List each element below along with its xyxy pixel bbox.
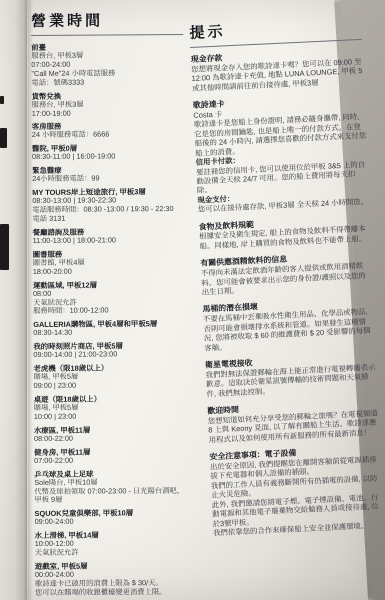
section: 衛星電視接收我們對無法保證郵輪在海上能正常進行電視轉播表示歉意。這取決於衛星訊號… [205,353,379,399]
notices-sections: 現金存款您想將現金存入您的歌詩達卡嗎？您可以在 09:00 至 12:00 為歌… [191,47,385,538]
section: MY TOURS岸上短途旅行, 甲板3層08:30-13:00 | 19:30-… [32,187,184,224]
section: 餐廳諮詢及服務11:00-13:00 | 18:00-21:00 [33,227,185,246]
section: 貨幣兌換服務台, 甲板3層17:00-19:00 [32,91,184,119]
section: 運動區域, 甲板12層08:00天氣狀況允許服務時間：10:00-12:00 [33,280,185,317]
section: 前臺服務台, 甲板3層07:00-24:00"Call Me"24 小時電話服務… [31,42,183,88]
section-line: 天氣狀況允許 [35,548,187,558]
section: 歌詩達卡Costa 卡歌詩達卡是您船上身份證明, 請務必隨身攜帶, 同時, 它是… [193,93,370,215]
section-line: 24 小時服務電話：6666 [32,130,184,140]
section: 圖書服務圖書館, 甲板4層18:00-20:00 [33,249,185,277]
section-line: 08:00-22:00 [34,434,186,444]
section: 客房服務24 小時服務電話：6666 [32,121,184,140]
section: 有關供應酒精飲料的信息不得向未滿法定飲酒年齡的客人提供或飲用酒精飲料。您可能會被… [200,251,374,297]
section: 老虎機（限18歲以上）賭場, 甲板5層09:00 | 23:00 [33,363,185,391]
photo-left-page-edge [0,0,27,600]
section: GALLERIA購物區, 甲板4層和甲板5層08:30-14:30 [33,319,185,338]
section: 健身房, 甲板11層07:00-22:00 [34,447,186,466]
section: 水療區, 甲板11層08:00-22:00 [34,425,186,444]
section-line: 不要在馬桶中丟棄吸水性衛生用品、化學品或物品, 否則可能會損壞排水系統和管道。如… [203,307,377,353]
section: 遊戲室, 甲板5層00:00-24:00歌詩達卡已啟用的消費上限為 $ 30/天… [35,561,187,598]
business-hours-column: 營業時間 前臺服務台, 甲板3層07:00-24:00"Call Me"24 小… [31,9,187,600]
section-line: 您可以在賭場的收銀櫃檯變更消費上限。 [35,588,187,598]
business-hours-sections: 前臺服務台, 甲板3層07:00-24:00"Call Me"24 小時電話服務… [31,42,187,598]
section: 桌遊（限18歲以上）賭場, 甲板5層10:00 | 23:00 [34,394,186,422]
section: 食物及飲料規範根據安全及衛生規定, 船上的食物及飲料不得帶離本船。同樣地, 岸上… [198,215,371,252]
section-line: 09:00-14:00 | 21:00-23:00 [33,350,185,360]
section-line: 09:00 | 23:00 [34,381,186,391]
section: SQUOK兒童俱樂部, 甲板10層09:00-24:00 [34,508,186,527]
notices-column: 提示 現金存款您想將現金存入您的歌詩達卡嗎？您可以在 09:00 至 12:00… [189,14,385,546]
section-line: 07:00-22:00 [34,456,186,466]
section-line: 電話：號碼3333 [31,78,183,88]
section: 醫院, 甲板0層08:30-11:00 | 16:00-19:00 [32,143,184,162]
business-hours-title: 營業時間 [31,9,183,36]
section-line: 09:00-24:00 [35,517,187,527]
section-line: 18:00-20:00 [33,267,185,277]
section-line: 11:00-13:00 | 18:00-21:00 [33,236,185,246]
section: 歡迎時間您想知道如何充分享受您的郵輪之旅嗎？在電視頻道 8 上與 Keony 見… [207,399,381,445]
section-line: 電話 3131 [32,214,184,224]
photo-dark-mark [0,224,9,270]
photo-dark-mark [0,128,7,148]
section-line: 10:00 | 23:00 [34,412,186,422]
photo-dark-mark [0,96,4,104]
section-line: 服務時間：10:00-12:00 [33,306,185,316]
section: 水上滑梯, 甲板14層10:00-12:00天氣狀況允許 [35,530,187,558]
section: 緊急醫療24小時服務電話：99 [32,165,184,184]
section-line: 08:30-11:00 | 16:00-19:00 [32,152,184,162]
photographed-page: 營業時間 前臺服務台, 甲板3層07:00-24:00"Call Me"24 小… [0,0,385,600]
section-line: 24小時服務電話：99 [32,174,184,184]
section: 安全注意事項：電子設備出於安全原因, 我們提醒您在離開客艙前從電源插座拔下充電器… [209,444,385,537]
section: 現金存款您想將現金存入您的歌詩達卡嗎？您可以在 09:00 至 12:00 為歌… [191,47,365,93]
section: 我的時刻照片商店, 甲板5層09:00-14:00 | 21:00-23:00 [33,341,185,360]
section: 乒乓球及桌上足球Sole陽台, 甲板10層代幣及球拍領取 07:00-23:00… [34,469,186,506]
section: 馬桶的潛在損壞不要在馬桶中丟棄吸水性衛生用品、化學品或物品, 否則可能會損壞排水… [202,297,376,353]
section-line: 代幣及球拍領取 07:00-23:00 - 日光陽台酒吧，甲板 9層 [34,486,186,505]
section-line: 17:00-19:00 [32,108,184,118]
section-line: 08:30-14:30 [33,328,185,338]
